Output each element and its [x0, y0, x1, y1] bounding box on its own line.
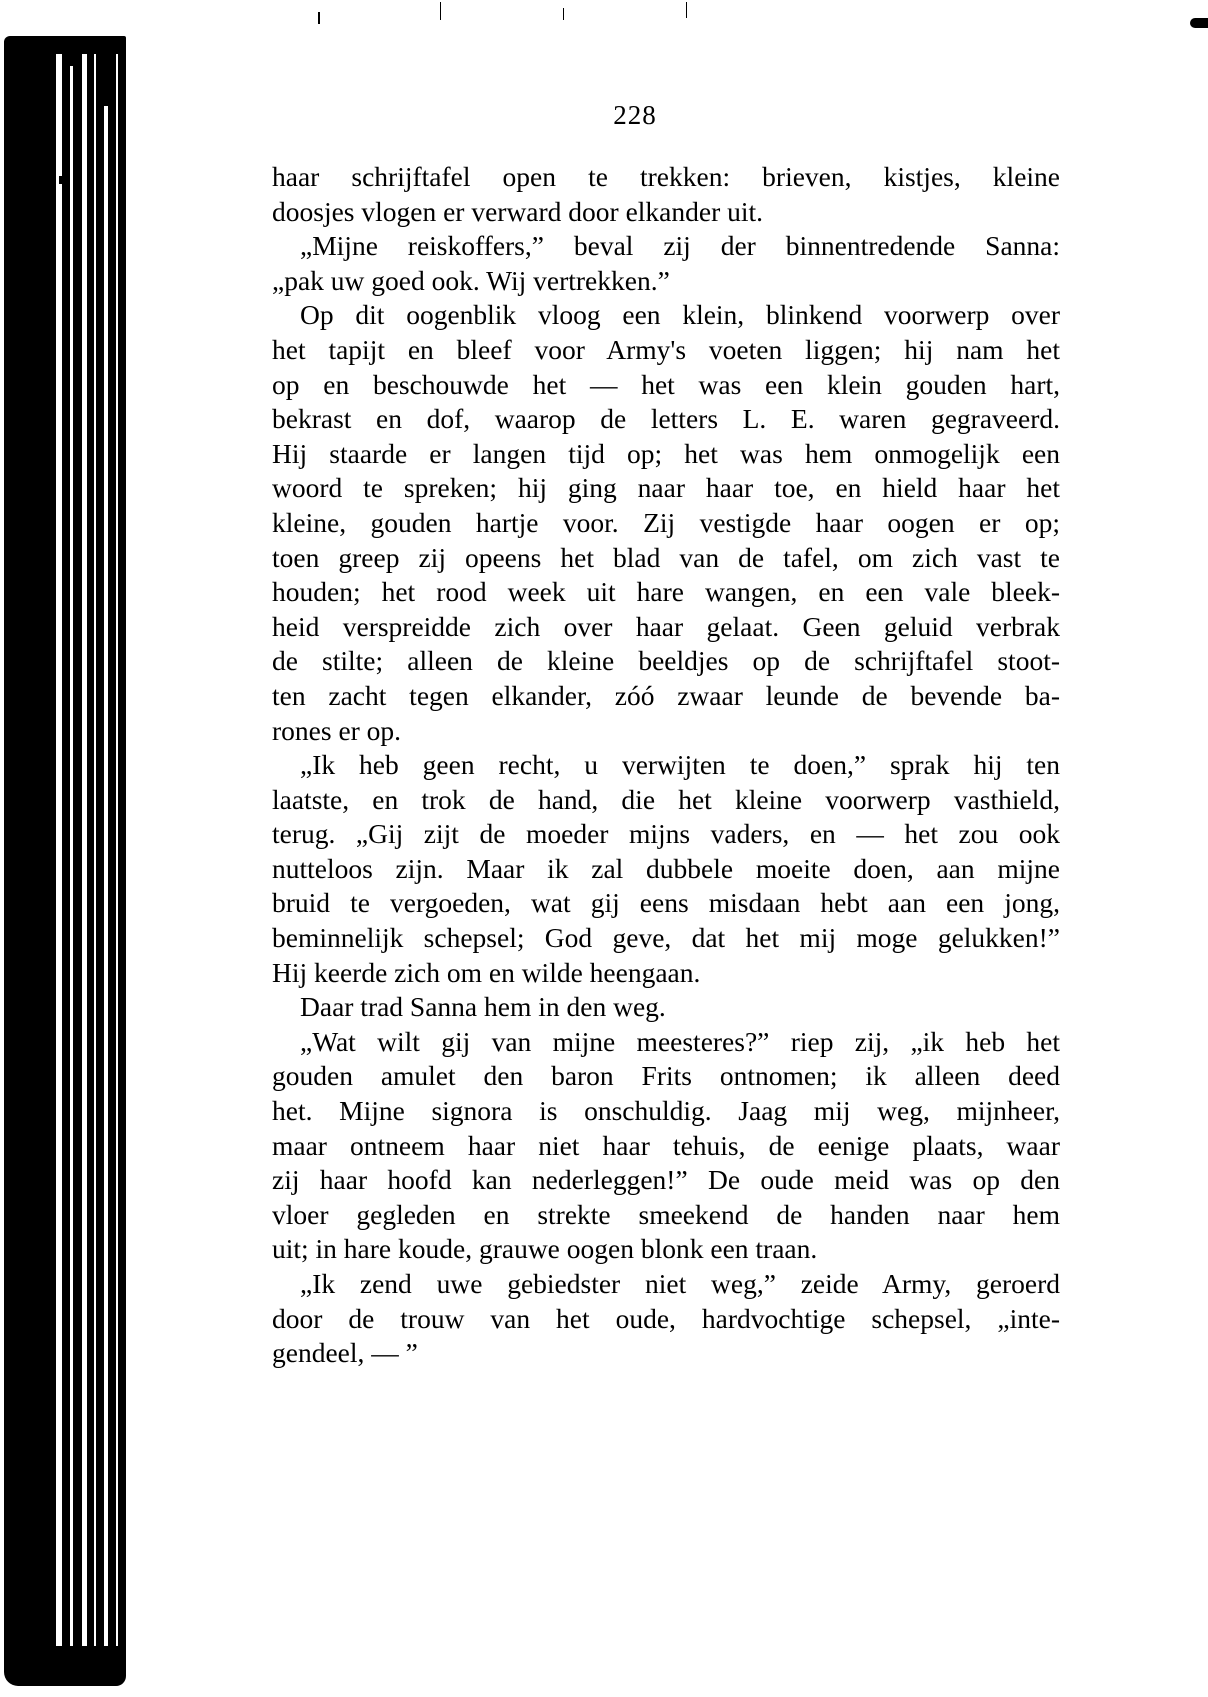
- spine-stripe: [70, 66, 73, 1646]
- text-line: uit; in hare koude, grauwe oogen blonk e…: [272, 1232, 1060, 1267]
- corner-mark: [1190, 18, 1208, 28]
- text-line: heid verspreidde zich over haar gelaat. …: [272, 610, 1060, 645]
- text-line: Hij keerde zich om en wilde heengaan.: [272, 956, 1060, 991]
- text-line: terug. „Gij zijt de moeder mijns vaders,…: [272, 817, 1060, 852]
- text-line: Op dit oogenblik vloog een klein, blinke…: [272, 298, 1060, 333]
- text-line: gendeel, — ”: [272, 1336, 1060, 1371]
- text-line: haar schrijftafel open te trekken: briev…: [272, 160, 1060, 195]
- text-line: „Ik zend uwe gebiedster niet weg,” zeide…: [272, 1267, 1060, 1302]
- scan-mark: [440, 2, 441, 20]
- text-line: gouden amulet den baron Frits ontnomen; …: [272, 1059, 1060, 1094]
- text-line: houden; het rood week uit hare wangen, e…: [272, 575, 1060, 610]
- text-line: Daar trad Sanna hem in den weg.: [272, 990, 1060, 1025]
- scan-mark: [318, 12, 320, 24]
- text-line: door de trouw van het oude, hardvochtige…: [272, 1302, 1060, 1337]
- text-line: de stilte; alleen de kleine beeldjes op …: [272, 644, 1060, 679]
- text-line: maar ontneem haar niet haar tehuis, de e…: [272, 1129, 1060, 1164]
- text-line: het. Mijne signora is onschuldig. Jaag m…: [272, 1094, 1060, 1129]
- spine-stripe: [56, 54, 62, 1646]
- text-line: op en beschouwde het — het was een klein…: [272, 368, 1060, 403]
- text-line: nutteloos zijn. Maar ik zal dubbele moei…: [272, 852, 1060, 887]
- text-line: bruid te vergoeden, wat gij eens misdaan…: [272, 886, 1060, 921]
- scan-mark: [563, 8, 564, 20]
- text-line: beminnelijk schepsel; God geve, dat het …: [272, 921, 1060, 956]
- text-line: doosjes vlogen er verward door elkander …: [272, 195, 1060, 230]
- text-line: Hij staarde er langen tijd op; het was h…: [272, 437, 1060, 472]
- text-line: woord te spreken; hij ging naar haar toe…: [272, 471, 1060, 506]
- spine-gap: [59, 176, 67, 184]
- text-line: toen greep zij opeens het blad van de ta…: [272, 541, 1060, 576]
- text-line: „Ik heb geen recht, u verwijten te doen,…: [272, 748, 1060, 783]
- text-line: zij haar hoofd kan nederleggen!” De oude…: [272, 1163, 1060, 1198]
- scan-mark: [686, 2, 687, 18]
- text-line: kleine, gouden hartje voor. Zij vestigde…: [272, 506, 1060, 541]
- book-spine: [4, 36, 126, 1686]
- text-line: „Mijne reiskoffers,” beval zij der binne…: [272, 229, 1060, 264]
- text-line: rones er op.: [272, 714, 1060, 749]
- spine-stripe: [104, 106, 108, 1646]
- text-line: het tapijt en bleef voor Army's voeten l…: [272, 333, 1060, 368]
- spine-stripe: [82, 54, 87, 1646]
- text-line: „pak uw goed ook. Wij vertrekken.”: [272, 264, 1060, 299]
- text-line: vloer gegleden en strekte smeekend de ha…: [272, 1198, 1060, 1233]
- text-line: „Wat wilt gij van mijne meesteres?” riep…: [272, 1025, 1060, 1060]
- text-line: bekrast en dof, waarop de letters L. E. …: [272, 402, 1060, 437]
- page-number: 228: [0, 100, 1208, 131]
- text-line: ten zacht tegen elkander, zóó zwaar leun…: [272, 679, 1060, 714]
- body-text: haar schrijftafel open te trekken: briev…: [272, 160, 1060, 1371]
- text-line: laatste, en trok de hand, die het kleine…: [272, 783, 1060, 818]
- spine-stripe: [116, 54, 118, 1646]
- spine-stripe: [94, 54, 96, 1646]
